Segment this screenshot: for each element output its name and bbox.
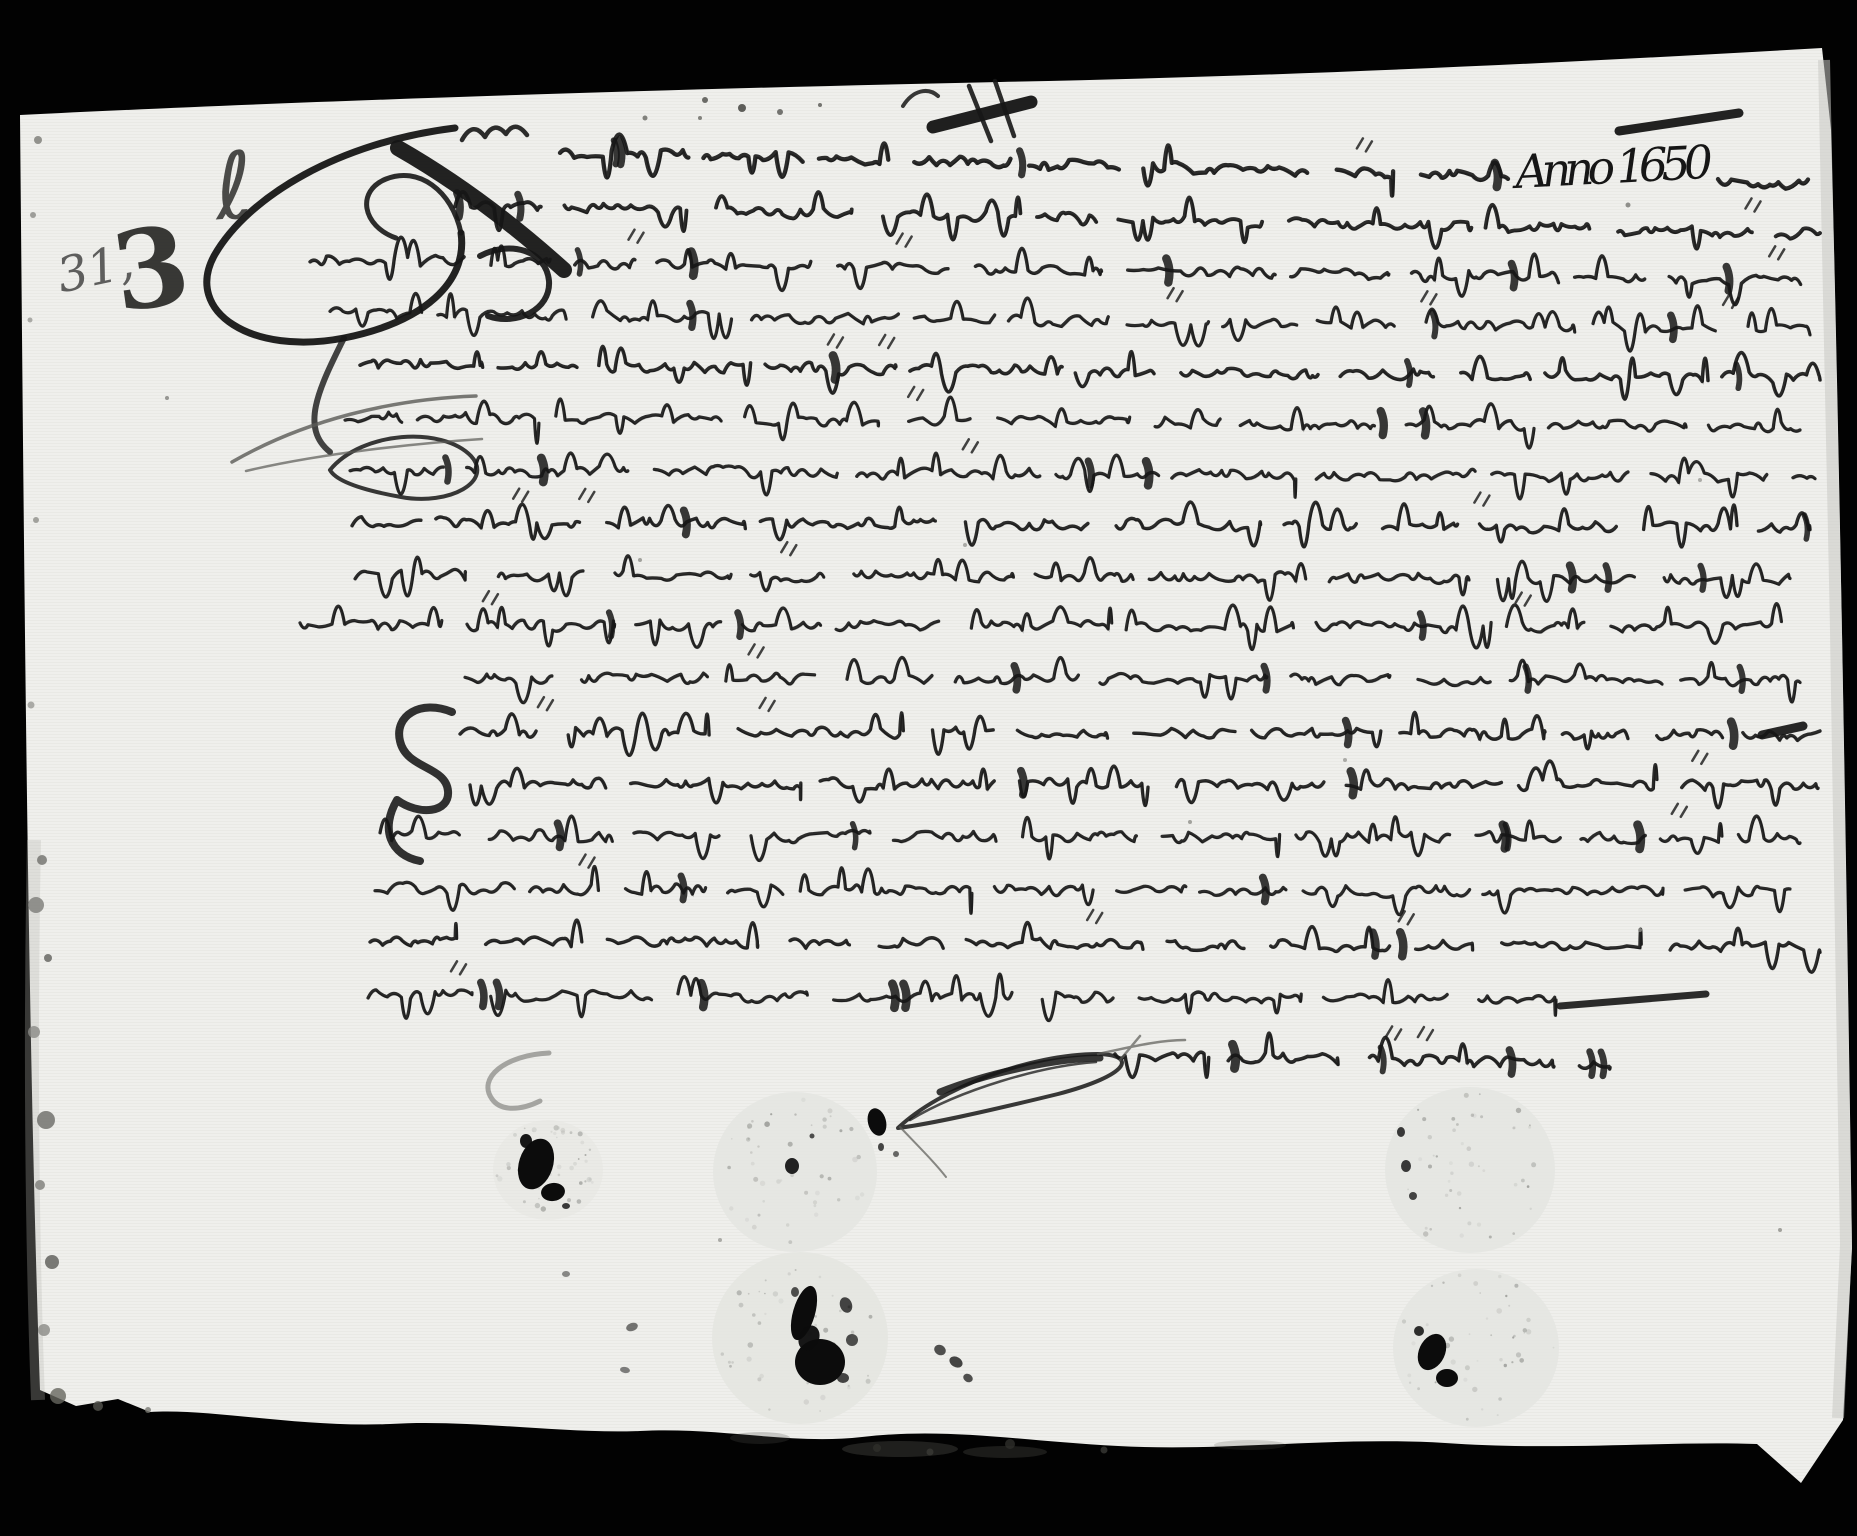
dirt-speck	[1698, 478, 1702, 482]
dirt-speck	[35, 1180, 45, 1190]
year-inscription: Anno 1650	[1510, 135, 1715, 199]
dirt-speck	[777, 109, 783, 115]
dirt-speck	[45, 1255, 59, 1269]
dirt-speck	[1638, 928, 1642, 932]
ink-blot	[520, 1134, 532, 1148]
dirt-speck	[1005, 1439, 1015, 1449]
dirt-speck	[643, 116, 648, 121]
dirt-speck	[873, 1444, 881, 1452]
dirt-speck	[93, 1401, 103, 1411]
dirt-speck	[28, 897, 44, 913]
dirt-speck	[1778, 1228, 1782, 1232]
dirt-speck	[50, 1388, 66, 1404]
dirt-speck	[165, 396, 169, 400]
dirt-speck	[1626, 203, 1631, 208]
ink-blot	[562, 1271, 570, 1277]
dirt-speck	[37, 1111, 55, 1129]
dirt-speck	[963, 543, 967, 547]
ink-blot	[1397, 1127, 1405, 1137]
ink-blot	[562, 1203, 570, 1209]
seal-stain	[1393, 1269, 1559, 1427]
dirt-speck	[44, 954, 52, 962]
ink-blot	[791, 1287, 799, 1297]
dirt-speck	[34, 136, 42, 144]
ink-blot	[893, 1151, 899, 1157]
edge-smudge	[730, 1432, 790, 1444]
ink-blot	[837, 1373, 849, 1383]
dirt-speck	[698, 116, 702, 120]
dirt-speck	[37, 855, 47, 865]
dirt-speck	[145, 1407, 151, 1413]
dirt-speck	[1101, 1447, 1108, 1454]
dirt-speck	[927, 1449, 934, 1456]
manuscript-scan: 3 31, ℓ Anno 1650	[0, 0, 1857, 1536]
seal-stain	[1385, 1087, 1555, 1253]
dirt-speck	[28, 702, 35, 709]
dirt-speck	[28, 1026, 40, 1038]
dirt-speck	[30, 212, 36, 218]
edge-smudge	[963, 1446, 1047, 1458]
dirt-speck	[702, 97, 708, 103]
ink-blot	[1401, 1160, 1411, 1172]
dirt-speck	[1343, 758, 1347, 762]
ink-blot	[1409, 1192, 1417, 1200]
ink-blot	[785, 1158, 799, 1174]
dirt-speck	[818, 103, 822, 107]
paper-texture	[0, 0, 1857, 1536]
dirt-speck	[38, 1324, 50, 1336]
ink-blot	[810, 1134, 815, 1139]
dirt-speck	[28, 318, 33, 323]
ink-blot	[846, 1334, 858, 1346]
dirt-speck	[638, 558, 642, 562]
ink-blot	[878, 1143, 884, 1151]
dirt-speck	[718, 1238, 722, 1242]
ink-blot	[1436, 1369, 1458, 1387]
dirt-speck	[33, 517, 39, 523]
edge-smudge	[842, 1441, 958, 1457]
ink-blot	[1414, 1326, 1424, 1336]
dirt-speck	[1188, 820, 1192, 824]
edge-smudge	[1214, 1440, 1286, 1450]
dirt-speck	[738, 104, 746, 112]
